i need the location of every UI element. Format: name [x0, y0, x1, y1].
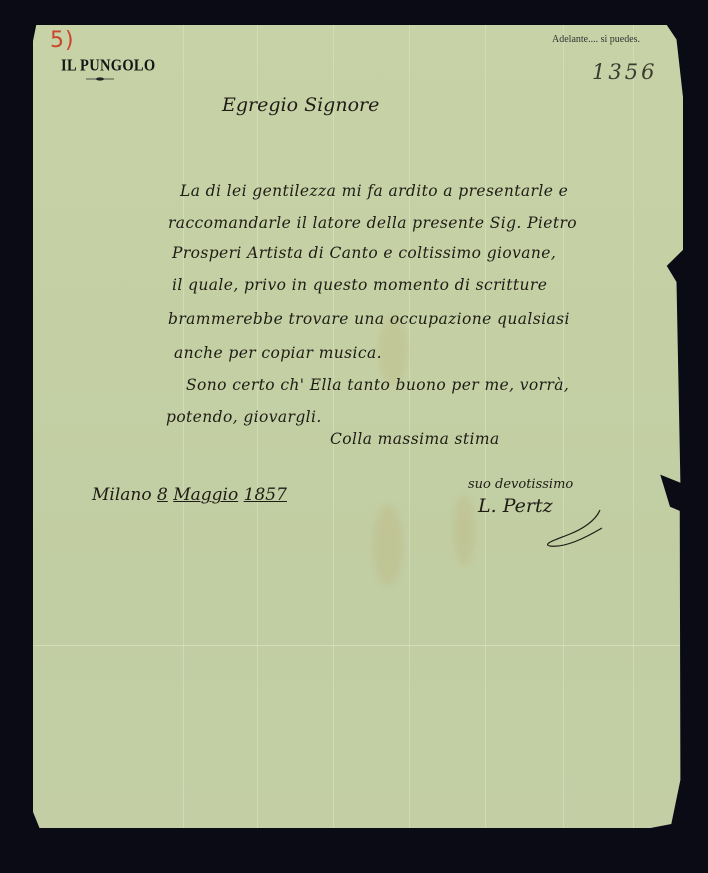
- date-day: 8: [157, 485, 168, 505]
- archive-number: 1356: [592, 60, 657, 84]
- chain-line: [409, 25, 410, 828]
- body-line: La di lei gentilezza mi fa ardito a pres…: [180, 182, 568, 200]
- date-month: Maggio: [173, 485, 238, 505]
- chain-line: [485, 25, 486, 828]
- body-line: potendo, giovargli.: [166, 408, 322, 426]
- letterhead-motto: Adelante.... si puedes.: [552, 34, 640, 45]
- horizontal-fold: [33, 645, 683, 646]
- chain-line: [333, 25, 334, 828]
- body-line: anche per copiar musica.: [174, 344, 382, 362]
- chain-line: [257, 25, 258, 828]
- date-place: Milano: [92, 485, 152, 505]
- letterhead-title: IL PUNGOLO: [61, 57, 155, 77]
- body-line: Sono certo ch' Ella tanto buono per me, …: [186, 376, 569, 394]
- chain-line: [183, 25, 184, 828]
- dateline: Milano 8 Maggio 1857: [92, 485, 287, 505]
- folio-marker: 5): [50, 28, 75, 53]
- chain-line: [563, 25, 564, 828]
- chain-line: [633, 25, 634, 828]
- body-line-closing: Colla massima stima: [330, 430, 500, 448]
- body-line: raccomandarle il latore della presente S…: [168, 214, 577, 232]
- letter-paper: [33, 25, 683, 828]
- body-line: brammerebbe trovare una occupazione qual…: [168, 310, 570, 328]
- body-line: Prosperi Artista di Canto e coltissimo g…: [172, 244, 556, 262]
- stain: [373, 505, 403, 585]
- closing: suo devotissimo: [468, 477, 573, 492]
- stain: [453, 495, 475, 565]
- signature-flourish-icon: [540, 508, 610, 548]
- date-year: 1857: [244, 485, 287, 505]
- body-line: il quale, privo in questo momento di scr…: [172, 276, 547, 294]
- salutation: Egregio Signore: [222, 94, 379, 116]
- ornament-icon: [86, 77, 114, 81]
